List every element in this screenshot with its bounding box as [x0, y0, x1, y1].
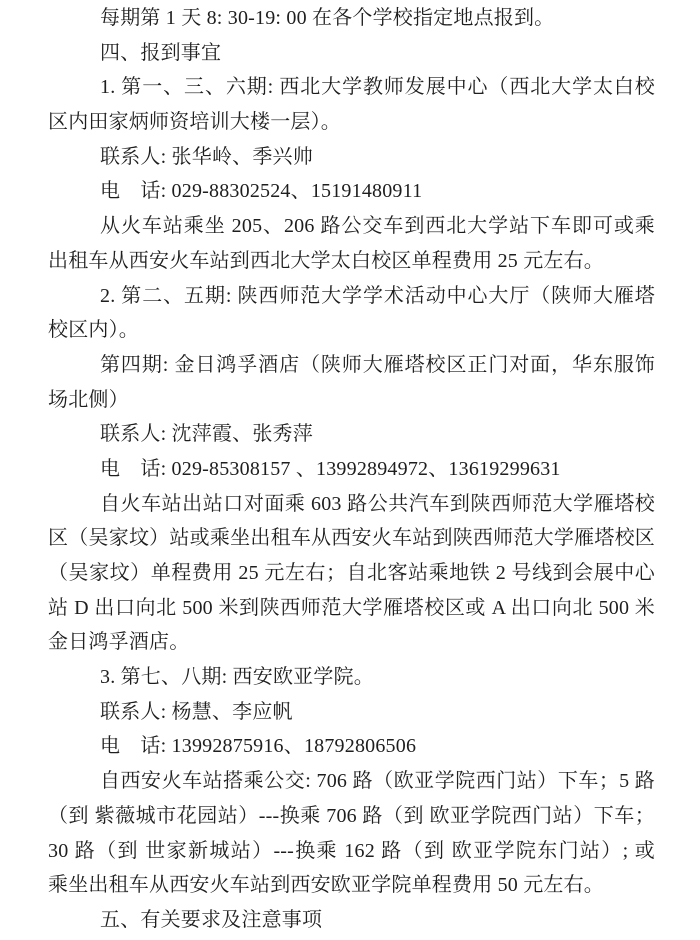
text-line: 出租车从西安火车站到西北大学太白校区单程费用 25 元左右。 — [48, 244, 655, 279]
text-line: 乘坐出租车从西安火车站到西安欧亚学院单程费用 50 元左右。 — [48, 868, 655, 903]
text-line: 区内田家炳师资培训大楼一层）。 — [48, 105, 655, 140]
text-line: 3. 第七、八期: 西安欧亚学院。 — [48, 660, 655, 695]
text-line: 电 话: 13992875916、18792806506 — [48, 729, 655, 764]
text-line: 自西安火车站搭乘公交: 706 路（欧亚学院西门站）下车；5 路 — [48, 764, 655, 799]
text-line: 30 路（到 世家新城站）---换乘 162 路（到 欧亚学院东门站）; 或 — [48, 834, 655, 869]
text-line: 每期第 1 天 8: 30-19: 00 在各个学校指定地点报到。 — [48, 1, 655, 36]
text-line: 四、报到事宜 — [48, 36, 655, 71]
text-line: 区（吴家坟）站或乘坐出租车从西安火车站到陕西师范大学雁塔校区 — [48, 521, 655, 556]
text-line: 1. 第一、三、六期: 西北大学教师发展中心（西北大学太白校 — [48, 70, 655, 105]
text-line: 2. 第二、五期: 陕西师范大学学术活动中心大厅（陕师大雁塔 — [48, 279, 655, 314]
text-line: （到 紫薇城市花园站）---换乘 706 路（到 欧亚学院西门站）下车； — [48, 799, 655, 834]
text-line: 第四期: 金日鸿孚酒店（陕师大雁塔校区正门对面，华东服饰广 — [48, 348, 655, 383]
text-line: 联系人: 张华岭、季兴帅 — [48, 140, 655, 175]
document-body: 每期第 1 天 8: 30-19: 00 在各个学校指定地点报到。四、报到事宜1… — [48, 1, 655, 938]
text-line: 场北侧） — [48, 383, 655, 418]
text-line: 站 D 出口向北 500 米到陕西师范大学雁塔校区或 A 出口向北 500 米到 — [48, 591, 655, 626]
text-line: （吴家坟）单程费用 25 元左右；自北客站乘地铁 2 号线到会展中心 — [48, 556, 655, 591]
text-line: 电 话: 029-85308157 、13992894972、136192996… — [48, 452, 655, 487]
text-line: 金日鸿孚酒店。 — [48, 625, 655, 660]
text-line: 联系人: 沈萍霞、张秀萍 — [48, 417, 655, 452]
text-line: 电 话: 029-88302524、15191480911 — [48, 174, 655, 209]
text-line: 五、有关要求及注意事项 — [48, 903, 655, 938]
text-line: 联系人: 杨慧、李应帆 — [48, 695, 655, 730]
text-line: 校区内）。 — [48, 313, 655, 348]
document-page: 每期第 1 天 8: 30-19: 00 在各个学校指定地点报到。四、报到事宜1… — [0, 0, 700, 940]
text-line: 自火车站出站口对面乘 603 路公共汽车到陕西师范大学雁塔校 — [48, 487, 655, 522]
text-line: 从火车站乘坐 205、206 路公交车到西北大学站下车即可或乘坐 — [48, 209, 655, 244]
